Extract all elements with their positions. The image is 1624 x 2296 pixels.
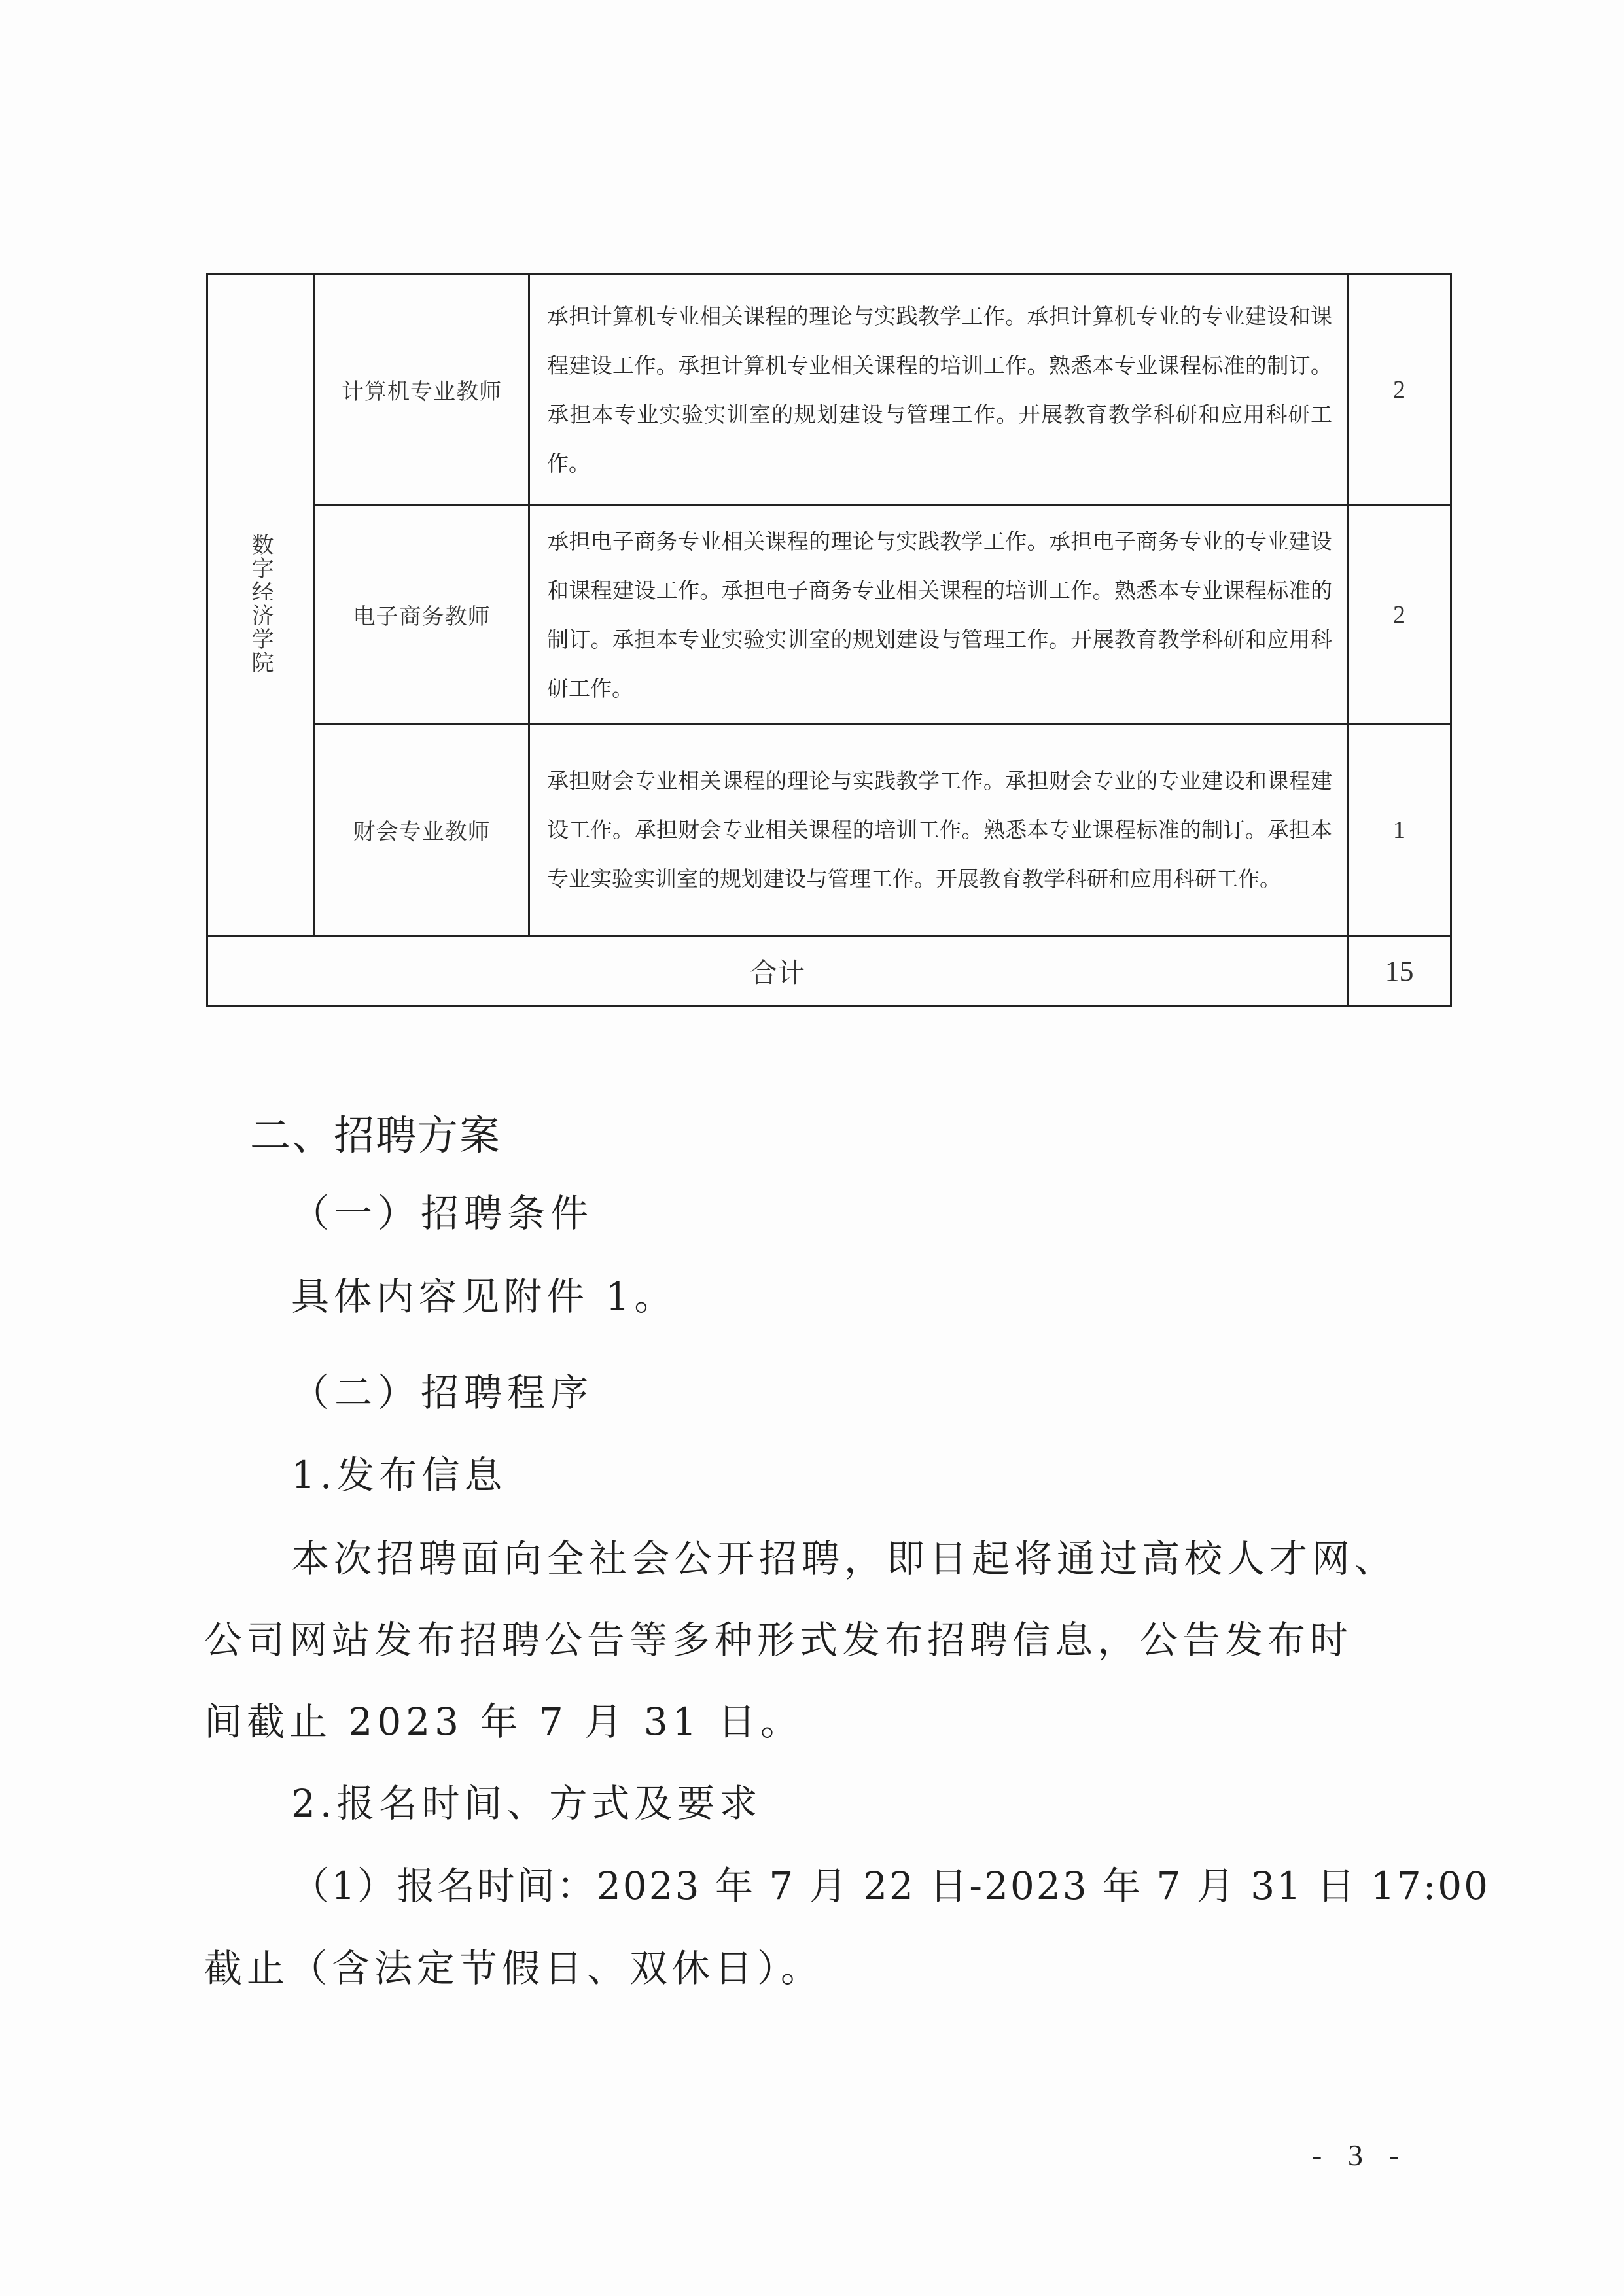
paragraph-line: （1）报名时间：2023 年 7 月 22 日-2023 年 7 月 31 日 … xyxy=(291,1855,1490,1910)
description-cell: 承担计算机专业相关课程的理论与实践教学工作。承担计算机专业的专业建设和课程建设工… xyxy=(529,274,1348,506)
paragraph-line: 间截止 2023 年 7 月 31 日。 xyxy=(204,1691,803,1746)
table-row: 数字经济学院 计算机专业教师 承担计算机专业相关课程的理论与实践教学工作。承担计… xyxy=(207,274,1451,506)
conditions-text: 具体内容见附件 1。 xyxy=(291,1266,677,1321)
paragraph-line: 本次招聘面向全社会公开招聘，即日起将通过高校人才网、 xyxy=(291,1528,1397,1583)
item-heading-publish: 1.发布信息 xyxy=(291,1444,506,1499)
count-cell: 2 xyxy=(1348,274,1451,506)
description-cell: 承担电子商务专业相关课程的理论与实践教学工作。承担电子商务专业的专业建设和课程建… xyxy=(529,506,1348,724)
college-cell: 数字经济学院 xyxy=(207,274,315,936)
positions-table: 数字经济学院 计算机专业教师 承担计算机专业相关课程的理论与实践教学工作。承担计… xyxy=(206,273,1452,1007)
paragraph-line: 公司网站发布招聘公告等多种形式发布招聘信息，公告发布时 xyxy=(204,1609,1352,1664)
count-cell: 1 xyxy=(1348,724,1451,936)
position-cell: 电子商务教师 xyxy=(315,506,529,724)
total-label: 合计 xyxy=(207,936,1348,1007)
table-row: 电子商务教师 承担电子商务专业相关课程的理论与实践教学工作。承担电子商务专业的专… xyxy=(207,506,1451,724)
table-row: 财会专业教师 承担财会专业相关课程的理论与实践教学工作。承担财会专业的专业建设和… xyxy=(207,724,1451,936)
section-heading: 二、招聘方案 xyxy=(250,1103,501,1161)
description-cell: 承担财会专业相关课程的理论与实践教学工作。承担财会专业的专业建设和课程建设工作。… xyxy=(529,724,1348,936)
total-row: 合计 15 xyxy=(207,936,1451,1007)
college-name: 数字经济学院 xyxy=(245,533,277,674)
subsection-heading-procedure: （二）招聘程序 xyxy=(291,1362,593,1417)
count-cell: 2 xyxy=(1348,506,1451,724)
position-cell: 财会专业教师 xyxy=(315,724,529,936)
subsection-heading-conditions: （一）招聘条件 xyxy=(291,1183,593,1238)
document-page: 数字经济学院 计算机专业教师 承担计算机专业相关课程的理论与实践教学工作。承担计… xyxy=(0,0,1624,2296)
page-number: - 3 - xyxy=(1312,2138,1408,2172)
paragraph-line: 截止（含法定节假日、双休日）。 xyxy=(204,1938,823,1992)
item-heading-registration: 2.报名时间、方式及要求 xyxy=(291,1773,762,1828)
total-count: 15 xyxy=(1348,936,1451,1007)
position-cell: 计算机专业教师 xyxy=(315,274,529,506)
